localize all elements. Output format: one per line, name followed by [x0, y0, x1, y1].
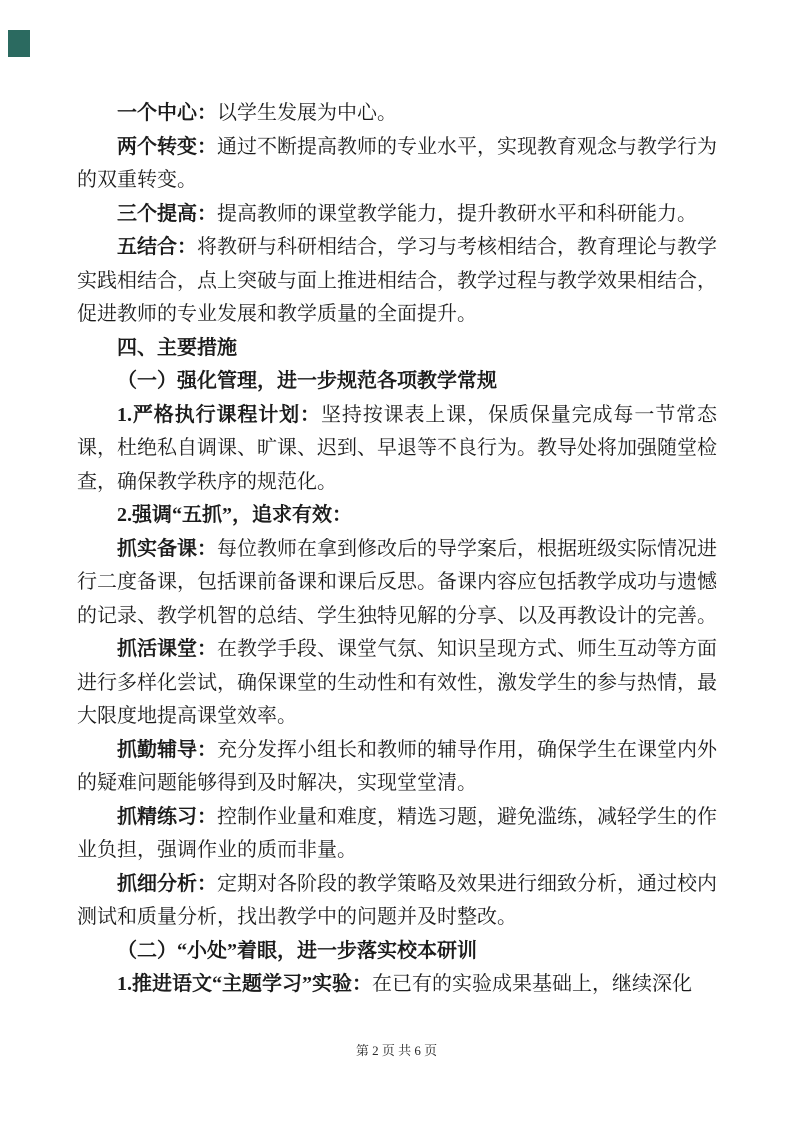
- para-grasp-preparation: 抓实备课：每位教师在拿到修改后的导学案后，根据班级实际情况进行二度备课，包括课前…: [77, 533, 717, 634]
- document-body: 一个中心：以学生发展为中心。两个转变：通过不断提高教师的专业水平，实现教育观念与…: [77, 97, 717, 1002]
- paragraph-lead: 1.推进语文“主题学习”实验：: [117, 973, 372, 995]
- heading-subsection-two: （二）“小处”着眼，进一步落实校本研训: [77, 935, 717, 969]
- para-strict-curriculum: 1.严格执行课程计划：坚持按课表上课，保质保量完成每一节常态课，杜绝私自调课、旷…: [77, 399, 717, 500]
- paragraph-lead: （二）“小处”着眼，进一步落实校本研训: [117, 940, 477, 962]
- paragraph-lead: （一）强化管理，进一步规范各项教学常规: [117, 370, 497, 392]
- para-five-combinations: 五结合：将教研与科研相结合，学习与考核相结合，教育理论与教学实践相结合，点上突破…: [77, 231, 717, 332]
- corner-mark: [8, 30, 30, 57]
- para-grasp-classroom: 抓活课堂：在教学手段、课堂气氛、知识呈现方式、师生互动等方面进行多样化尝试，确保…: [77, 633, 717, 734]
- paragraph-lead: 1.严格执行课程计划：: [117, 404, 321, 426]
- para-grasp-analysis: 抓细分析：定期对各阶段的教学策略及效果进行细致分析，通过校内测试和质量分析，找出…: [77, 868, 717, 935]
- para-three-improvements: 三个提高：提高教师的课堂教学能力，提升教研水平和科研能力。: [77, 198, 717, 232]
- paragraph-lead: 抓实备课：: [117, 538, 217, 560]
- paragraph-lead: 三个提高：: [117, 203, 217, 225]
- paragraph-lead: 一个中心：: [117, 102, 217, 124]
- page-footer: 第 2 页 共 6 页: [0, 1040, 793, 1059]
- para-two-changes: 两个转变：通过不断提高教师的专业水平，实现教育观念与教学行为的双重转变。: [77, 131, 717, 198]
- heading-five-grasps: 2.强调“五抓”，追求有效：: [77, 499, 717, 533]
- document-page: 一个中心：以学生发展为中心。两个转变：通过不断提高教师的专业水平，实现教育观念与…: [0, 0, 793, 1122]
- para-one-center: 一个中心：以学生发展为中心。: [77, 97, 717, 131]
- para-grasp-tutoring: 抓勤辅导：充分发挥小组长和教师的辅导作用，确保学生在课堂内外的疑难问题能够得到及…: [77, 734, 717, 801]
- paragraph-lead: 两个转变：: [117, 136, 217, 158]
- paragraph-lead: 抓细分析：: [117, 873, 217, 895]
- paragraph-lead: 2.强调“五抓”，追求有效：: [117, 504, 352, 526]
- paragraph-text: 以学生发展为中心。: [217, 102, 397, 124]
- para-chinese-theme-learning: 1.推进语文“主题学习”实验：在已有的实验成果基础上，继续深化: [77, 968, 717, 1002]
- paragraph-lead: 抓精练习：: [117, 806, 217, 828]
- page-number-label: 第 2 页 共 6 页: [356, 1043, 437, 1058]
- paragraph-lead: 四、主要措施: [117, 337, 237, 359]
- paragraph-text: 提高教师的课堂教学能力，提升教研水平和科研能力。: [217, 203, 697, 225]
- heading-section-four: 四、主要措施: [77, 332, 717, 366]
- paragraph-lead: 抓勤辅导：: [117, 739, 217, 761]
- para-grasp-exercises: 抓精练习：控制作业量和难度，精选习题，避免滥练，减轻学生的作业负担，强调作业的质…: [77, 801, 717, 868]
- paragraph-text: 在已有的实验成果基础上，继续深化: [372, 973, 692, 995]
- heading-subsection-one: （一）强化管理，进一步规范各项教学常规: [77, 365, 717, 399]
- paragraph-lead: 五结合：: [117, 236, 197, 258]
- paragraph-lead: 抓活课堂：: [117, 638, 217, 660]
